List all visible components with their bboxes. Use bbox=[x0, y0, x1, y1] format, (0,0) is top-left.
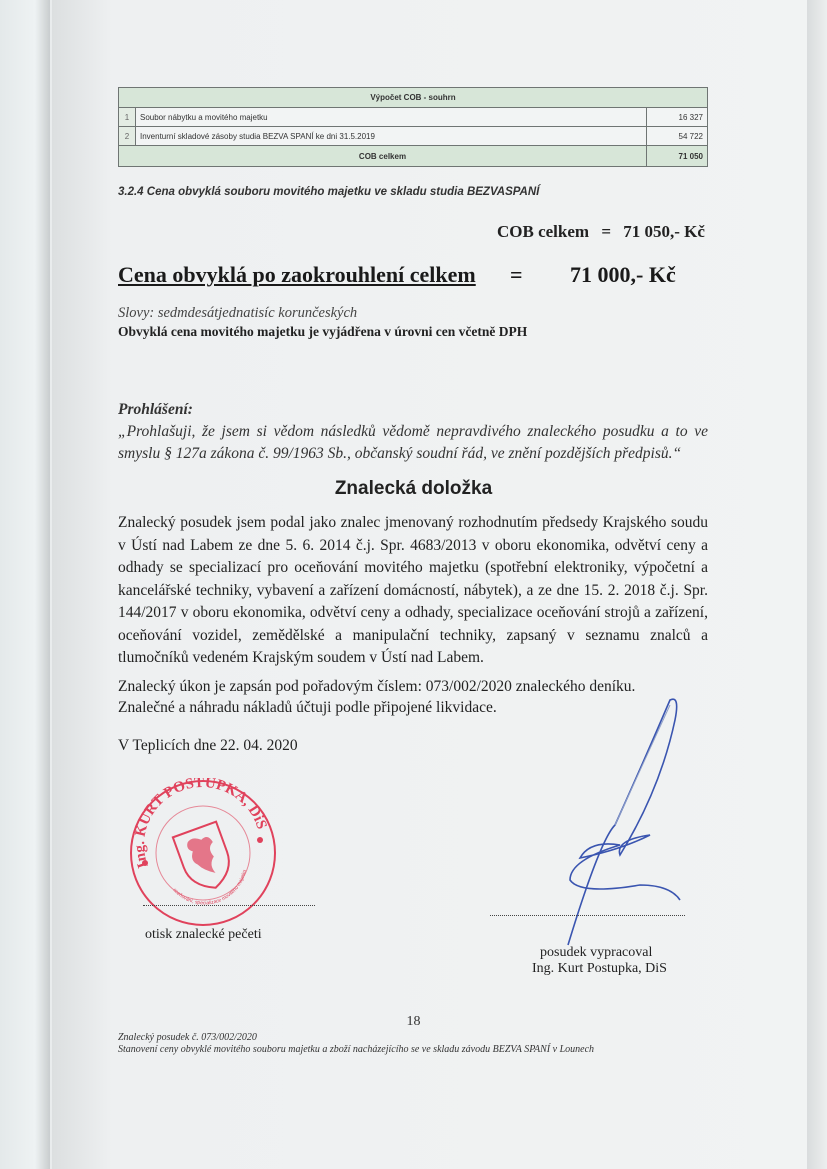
author-name: Ing. Kurt Postupka, DiS bbox=[532, 961, 667, 977]
seal-label: otisk znalecké pečeti bbox=[145, 927, 262, 943]
declaration-heading: Prohlášení: bbox=[118, 401, 193, 419]
rounded-value: 71 000,- Kč bbox=[570, 262, 676, 288]
seal-signature-line bbox=[143, 905, 315, 906]
rounded-price-line: Cena obvyklá po zaokrouhlení celkem = 71… bbox=[118, 262, 698, 288]
total-value: 71 050 bbox=[647, 146, 708, 167]
coat-of-arms-icon bbox=[173, 822, 237, 896]
fee-line: Znalečné a náhradu nákladů účtuji podle … bbox=[118, 699, 497, 717]
clause-heading: Znalecká doložka bbox=[0, 478, 827, 500]
rounded-label: Cena obvyklá po zaokrouhlení celkem bbox=[118, 262, 476, 287]
footer-line-1: Znalecký posudek č. 073/002/2020 bbox=[118, 1032, 257, 1043]
row-number: 2 bbox=[119, 127, 136, 146]
section-title: 3.2.4 Cena obvyklá souboru movitého maje… bbox=[118, 186, 539, 198]
row-label: Soubor nábytku a movitého majetku bbox=[136, 108, 647, 127]
clause-text: Znalecký posudek jsem podal jako znalec … bbox=[118, 512, 708, 670]
vat-note: Obvyklá cena movitého majetku je vyjádře… bbox=[118, 324, 527, 340]
table-row: 1 Soubor nábytku a movitého majetku 16 3… bbox=[119, 108, 708, 127]
table-title: Výpočet COB - souhrn bbox=[119, 88, 708, 108]
footer-line-2: Stanovení ceny obvyklé movitého souboru … bbox=[118, 1044, 594, 1055]
adjacent-page-edge bbox=[0, 0, 50, 1169]
cob-total-line: COB celkem = 71 050,- Kč bbox=[497, 222, 705, 242]
cob-equals: = bbox=[601, 222, 611, 241]
row-label: Inventurní skladové zásoby studia BEZVA … bbox=[136, 127, 647, 146]
page-edge-shadow bbox=[807, 0, 827, 1169]
rounded-equals: = bbox=[510, 262, 523, 288]
total-label: COB celkem bbox=[119, 146, 647, 167]
row-number: 1 bbox=[119, 108, 136, 127]
declaration-text: „Prohlašuji, že jsem si vědom následků v… bbox=[118, 421, 708, 465]
page-number: 18 bbox=[0, 1014, 827, 1030]
author-signature-line bbox=[490, 915, 685, 916]
place-date: V Teplicích dne 22. 04. 2020 bbox=[118, 737, 298, 755]
cob-label: COB celkem bbox=[497, 222, 589, 241]
table-row: 2 Inventurní skladové zásoby studia BEZV… bbox=[119, 127, 708, 146]
handwritten-signature bbox=[560, 690, 760, 950]
amount-in-words: Slovy: sedmdesátjednatisíc korunčeských bbox=[118, 305, 357, 322]
cob-summary-table: Výpočet COB - souhrn 1 Soubor nábytku a … bbox=[118, 87, 708, 167]
cob-value: 71 050,- Kč bbox=[623, 222, 705, 241]
row-value: 54 722 bbox=[647, 127, 708, 146]
register-line: Znalecký úkon je zapsán pod pořadovým čí… bbox=[118, 678, 635, 696]
author-label: posudek vypracoval bbox=[540, 945, 652, 961]
table-total-row: COB celkem 71 050 bbox=[119, 146, 708, 167]
row-value: 16 327 bbox=[647, 108, 708, 127]
